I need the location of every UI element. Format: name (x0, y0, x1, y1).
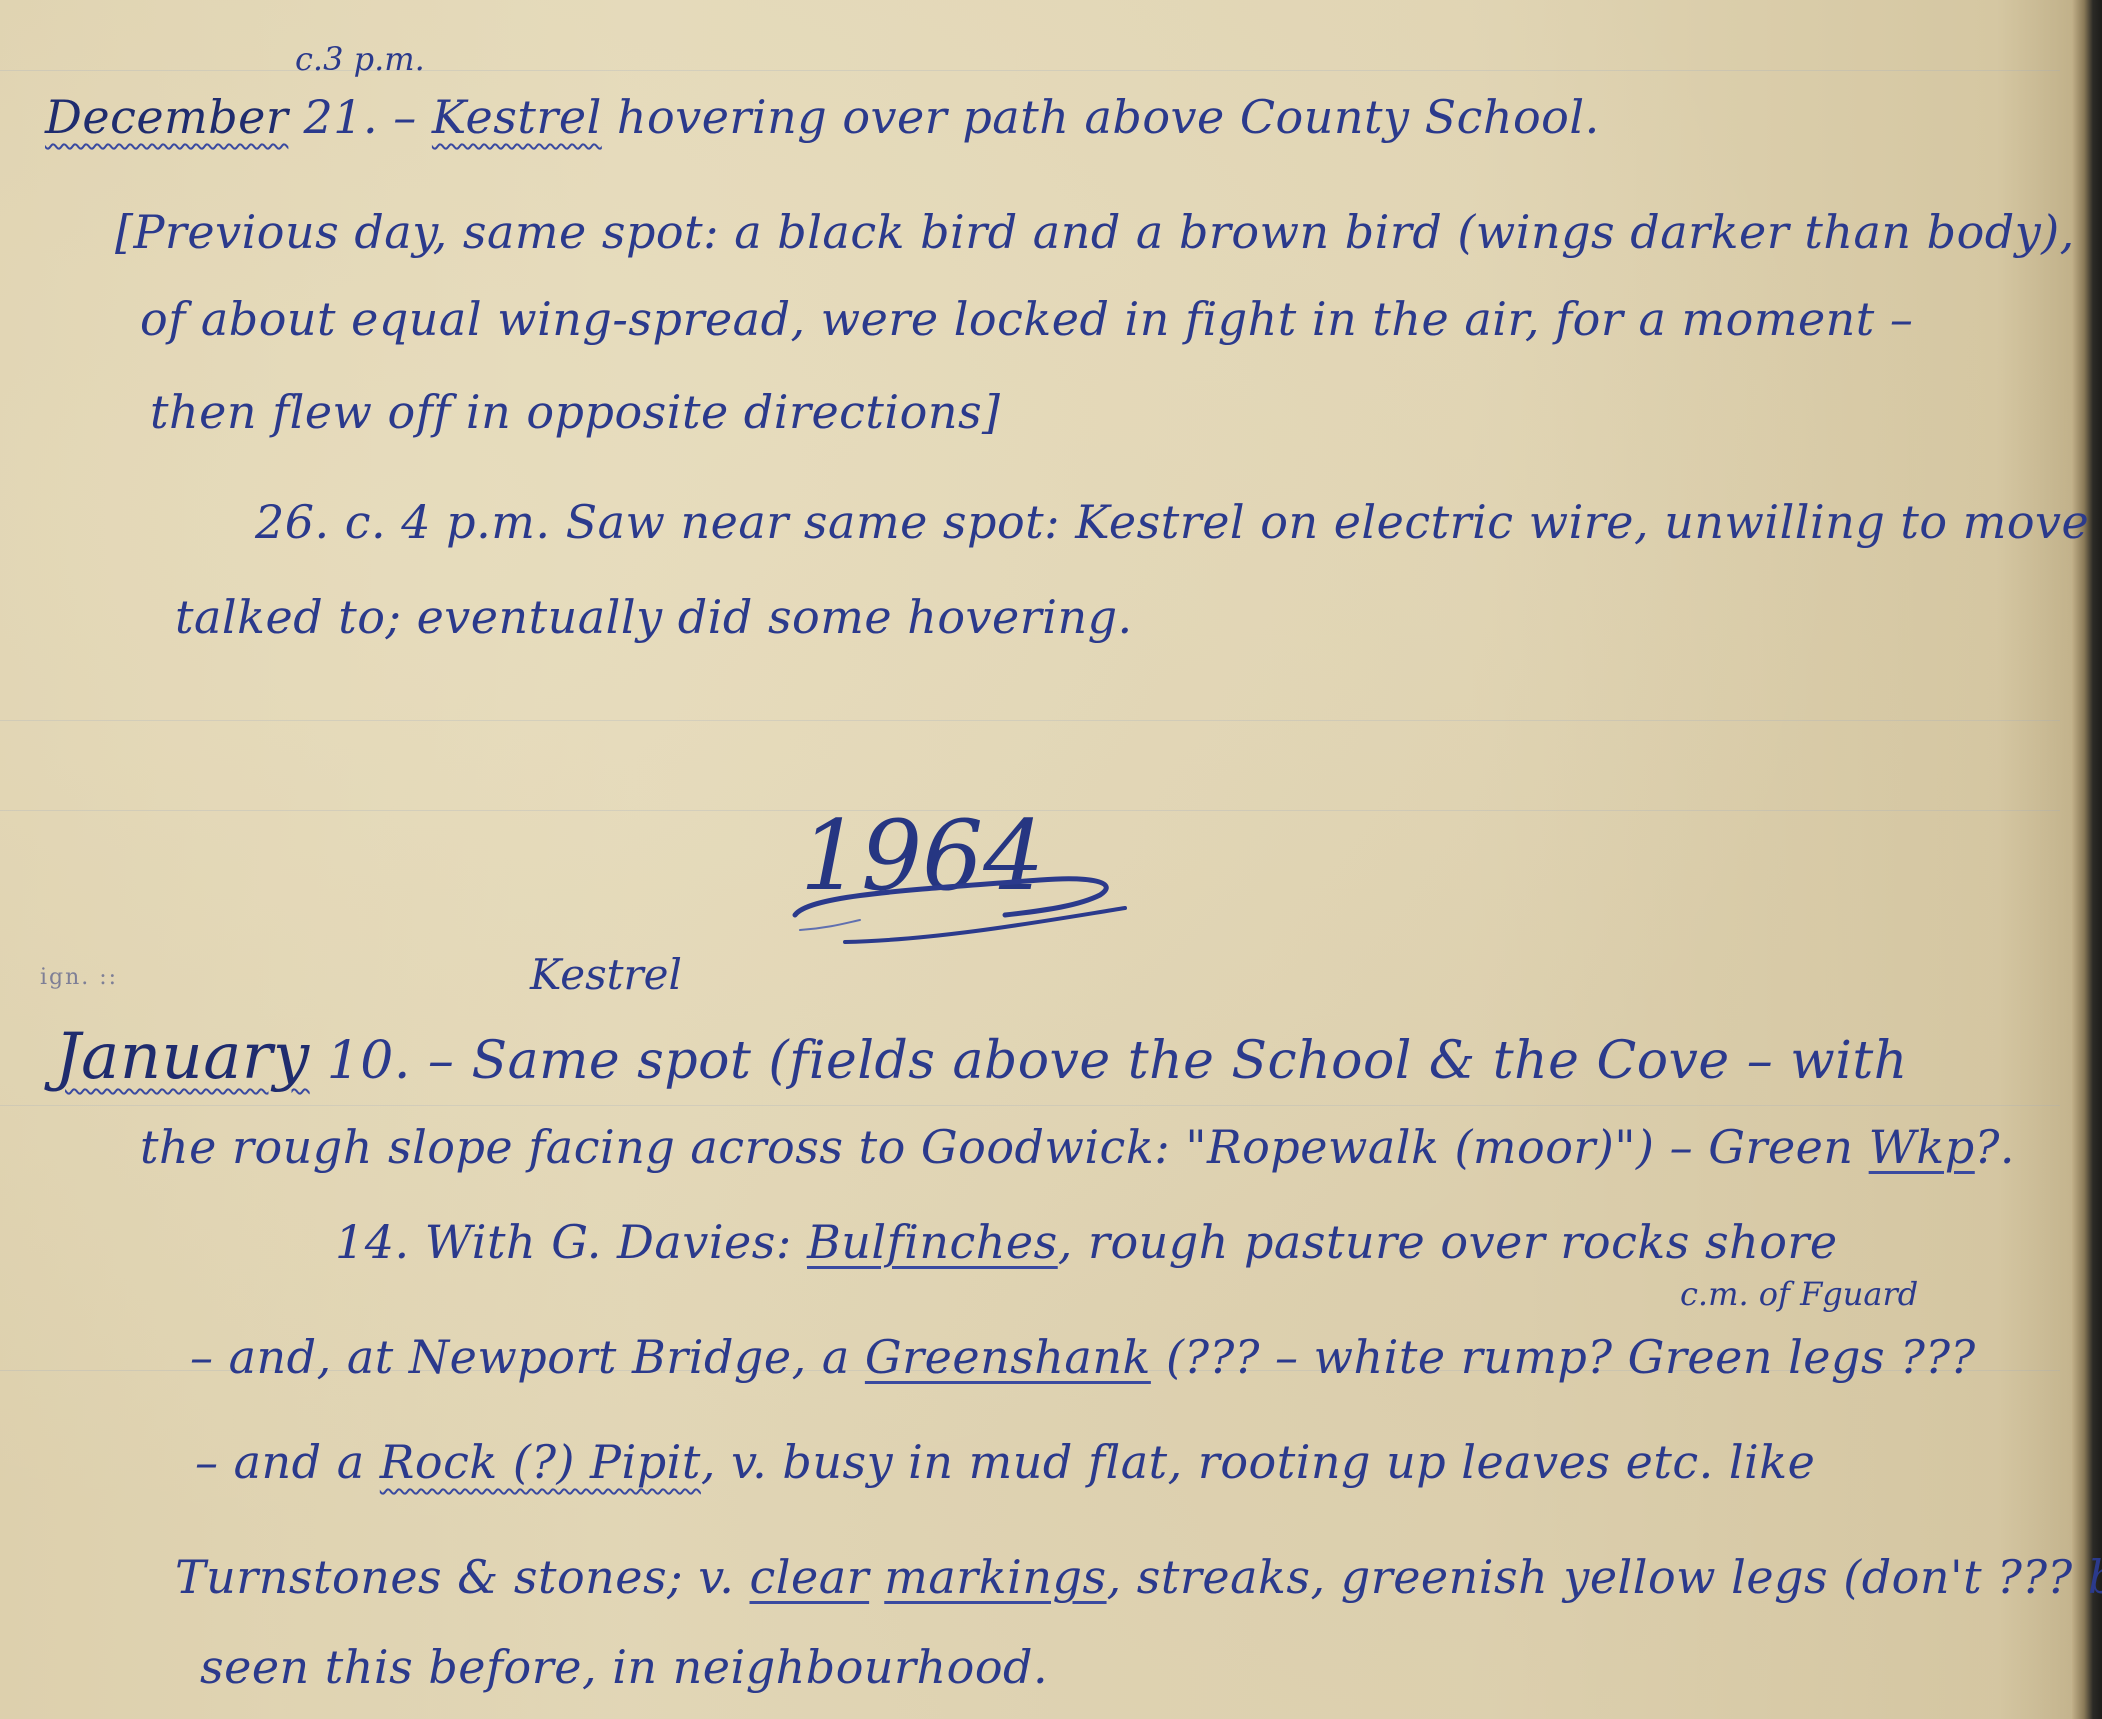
word-clear: clear (750, 1550, 870, 1604)
entry-text: ?. (1975, 1120, 2015, 1174)
ruled-line (0, 720, 2060, 721)
notebook-page: c.3 p.m. December 21. – Kestrel hovering… (0, 0, 2102, 1719)
entry-text: the rough slope facing across to Goodwic… (140, 1120, 1869, 1174)
entry-text: (??? – white rump? Green legs ??? (1151, 1330, 1976, 1384)
entry-jan-14-line-4: Turnstones & stones; v. clear markings, … (175, 1550, 2102, 1604)
dash: – (393, 90, 432, 144)
entry-dec-26-line-1: 26. c. 4 p.m. Saw near same spot: Kestre… (255, 495, 2102, 549)
day-label: 21. (304, 90, 379, 144)
species-green-woodpecker: Wkp (1869, 1120, 1975, 1174)
day-label: 10. (327, 1031, 411, 1091)
entry-text: , v. busy in mud flat, rooting up leaves… (701, 1435, 1815, 1489)
ruled-line (0, 1105, 2060, 1106)
entry-jan-14-line-3: – and a Rock (?) Pipit, v. busy in mud f… (195, 1435, 1815, 1489)
entry-text: , rough pasture over rocks shore (1058, 1215, 1838, 1269)
entry-text: – Same spot (fields above the School & t… (411, 1031, 1908, 1091)
entry-text: , streaks, greenish yellow legs (don't ?… (1107, 1550, 2102, 1604)
species-rock-pipit: Rock (?) Pipit (380, 1435, 701, 1489)
entry-text: Turnstones & stones; v. (175, 1550, 750, 1604)
space (869, 1550, 884, 1604)
entry-jan-14-line-2: – and, at Newport Bridge, a Greenshank (… (190, 1330, 1976, 1384)
note-above-line: c.m. of Fguard (1680, 1275, 1918, 1313)
month-label-december: December (45, 90, 288, 144)
bracket-note-line-2: of about equal wing-spread, were locked … (140, 292, 1913, 346)
species-kestrel: Kestrel (432, 90, 602, 144)
entry-jan-10-line-2: the rough slope facing across to Goodwic… (140, 1120, 2015, 1174)
entry-jan-10-line-1: January 10. – Same spot (fields above th… (55, 1020, 1908, 1094)
year-flourish-underline (790, 860, 1170, 950)
entry-jan-14-line-1: 14. With G. Davies: Bulfinches, rough pa… (335, 1215, 1838, 1269)
entry-text: hovering over path above County School. (602, 90, 1600, 144)
species-greenshank: Greenshank (865, 1330, 1151, 1384)
word-markings: markings (884, 1550, 1106, 1604)
bracket-note-line-3: then flew off in opposite directions] (150, 385, 1001, 439)
entry-dec-26-line-2: talked to; eventually did some hovering. (175, 590, 1133, 644)
time-annotation: c.3 p.m. (295, 40, 425, 78)
entry-text: – and, at Newport Bridge, a (190, 1330, 865, 1384)
notebook-binding-edge (2072, 0, 2102, 1719)
entry-dec-21: December 21. – Kestrel hovering over pat… (45, 90, 1600, 144)
entry-text: – and a (195, 1435, 380, 1489)
insert-kestrel: Kestrel (530, 950, 682, 999)
margin-scribble: ign. :: (40, 965, 118, 990)
month-label-january: January (55, 1020, 310, 1094)
species-bullfinches: Bulfinches (807, 1215, 1058, 1269)
entry-jan-14-line-5: seen this before, in neighbourhood. (200, 1640, 1048, 1694)
bracket-note-line-1: [Previous day, same spot: a black bird a… (115, 205, 2075, 259)
entry-text: 14. With G. Davies: (335, 1215, 807, 1269)
